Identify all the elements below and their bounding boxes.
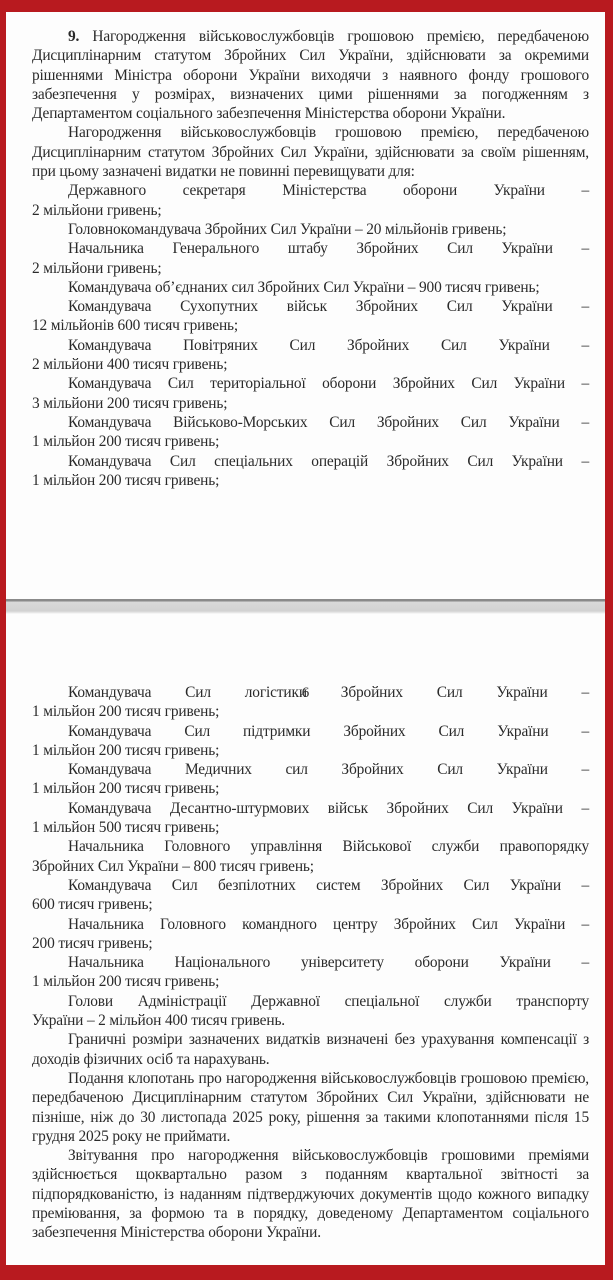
limit-item-amount: 1 мільйон 200 тисяч гривень; (32, 471, 589, 490)
limit-item: Начальника Головного управління Військов… (32, 837, 589, 876)
limit-item-recipient: Голови Адміністрації Державної спеціальн… (32, 992, 589, 1011)
limit-item-recipient: Командувача Десантно-штурмових військ Зб… (32, 799, 589, 818)
limit-item-recipient: Командувача Сил підтримки Збройних Сил У… (32, 722, 589, 741)
limit-item-amount: 1 мільйон 200 тисяч гривень; (32, 432, 589, 451)
limit-item: Командувача Десантно-штурмових військ Зб… (32, 799, 589, 838)
limit-item-amount: України – 2 мільйон 400 тисяч гривень. (32, 1011, 589, 1030)
document-page-6: Командувача Сил логістики Збройних Сил У… (32, 683, 589, 1243)
document-page-5-fragment: 9. Нагородження військовослужбовців грош… (32, 27, 589, 490)
limit-item-amount: 600 тисяч гривень; (32, 895, 589, 914)
limit-item-recipient: Начальника Головного управління Військов… (32, 837, 589, 856)
paragraph-deadline: Подання клопотань про нагородження війсь… (32, 1069, 589, 1146)
limit-item-recipient: Командувача Сил логістики Збройних Сил У… (32, 683, 589, 702)
limit-item-amount: 12 мільйонів 600 тисяч гривень; (32, 316, 589, 335)
limit-item: Командувача Сил підтримки Збройних Сил У… (32, 722, 589, 761)
limit-item: Командувача Сил безпілотних систем Зброй… (32, 876, 589, 915)
limit-item: Командувача Сухопутних військ Збройних С… (32, 297, 589, 336)
limit-item: Командувача Сил спеціальних операцій Збр… (32, 452, 589, 491)
limit-item-recipient: Командувача Військово-Морських Сил Зброй… (32, 413, 589, 432)
paragraph-9: 9. Нагородження військовослужбовців грош… (32, 27, 589, 123)
limit-item-amount: 2 мільйони гривень; (32, 201, 589, 220)
page-break-divider (6, 599, 605, 614)
limit-item-amount: Збройних Сил України – 800 тисяч гривень… (32, 857, 589, 876)
limit-item: Начальника Головного командного центру З… (32, 915, 589, 954)
limit-item-recipient: Командувача Медичних сил Збройних Сил Ук… (32, 760, 589, 779)
limit-item-recipient: Командувача Сил територіальної оборони З… (32, 374, 589, 393)
paragraph-limits-intro: Нагородження військовослужбовців грошово… (32, 123, 589, 181)
limit-item-recipient: Командувача Сил спеціальних операцій Збр… (32, 452, 589, 471)
limit-item-recipient: Начальника Генерального штабу Збройних С… (32, 239, 589, 258)
limit-item: Командувача об’єднаних сил Збройних Сил … (32, 278, 589, 297)
limit-item-recipient: Командувача Сил безпілотних систем Зброй… (32, 876, 589, 895)
limit-item-amount: 200 тисяч гривень; (32, 934, 589, 953)
limit-item-amount: 2 мільйони 400 тисяч гривень; (32, 355, 589, 374)
limit-item-amount: 1 мільйон 500 тисяч гривень; (32, 818, 589, 837)
limit-item: Начальника Національного університету об… (32, 953, 589, 992)
limit-item-amount: 2 мільйони гривень; (32, 259, 589, 278)
limit-item-amount: 1 мільйон 200 тисяч гривень; (32, 972, 589, 991)
limit-item-text: Головнокомандувача Збройних Сил України … (32, 220, 589, 239)
limit-item-amount: 1 мільйон 200 тисяч гривень; (32, 702, 589, 721)
document-paper: 9. Нагородження військовослужбовців грош… (6, 12, 605, 1265)
limit-item: Голови Адміністрації Державної спеціальн… (32, 992, 589, 1031)
limit-item: Командувача Сил логістики Збройних Сил У… (32, 683, 589, 722)
limit-item: Командувача Повітряних Сил Збройних Сил … (32, 336, 589, 375)
limit-item-amount: 1 мільйон 200 тисяч гривень; (32, 779, 589, 798)
paragraph-reporting: Звітування про нагородження військовослу… (32, 1146, 589, 1242)
paragraph-limits-note: Граничні розміри зазначених видатків виз… (32, 1030, 589, 1069)
limit-item: Головнокомандувача Збройних Сил України … (32, 220, 589, 239)
limit-item-amount: 1 мільйон 200 тисяч гривень; (32, 741, 589, 760)
limit-item-recipient: Командувача Повітряних Сил Збройних Сил … (32, 336, 589, 355)
limit-item: Державного секретаря Міністерства оборон… (32, 181, 589, 220)
limit-item-recipient: Командувача Сухопутних військ Збройних С… (32, 297, 589, 316)
limit-item-recipient: Начальника Головного командного центру З… (32, 915, 589, 934)
limit-item: Командувача Медичних сил Збройних Сил Ук… (32, 760, 589, 799)
limit-item-text: Командувача об’єднаних сил Збройних Сил … (32, 278, 589, 297)
limit-item-amount: 3 мільйони 200 тисяч гривень; (32, 394, 589, 413)
limit-item: Командувача Сил територіальної оборони З… (32, 374, 589, 413)
limit-item-recipient: Державного секретаря Міністерства оборон… (32, 181, 589, 200)
paragraph-number: 9. (68, 28, 79, 45)
limit-item-recipient: Начальника Національного університету об… (32, 953, 589, 972)
limit-item: Командувача Військово-Морських Сил Зброй… (32, 413, 589, 452)
paragraph-9-text: Нагородження військовослужбовців грошово… (32, 28, 589, 122)
limit-item: Начальника Генерального штабу Збройних С… (32, 239, 589, 278)
